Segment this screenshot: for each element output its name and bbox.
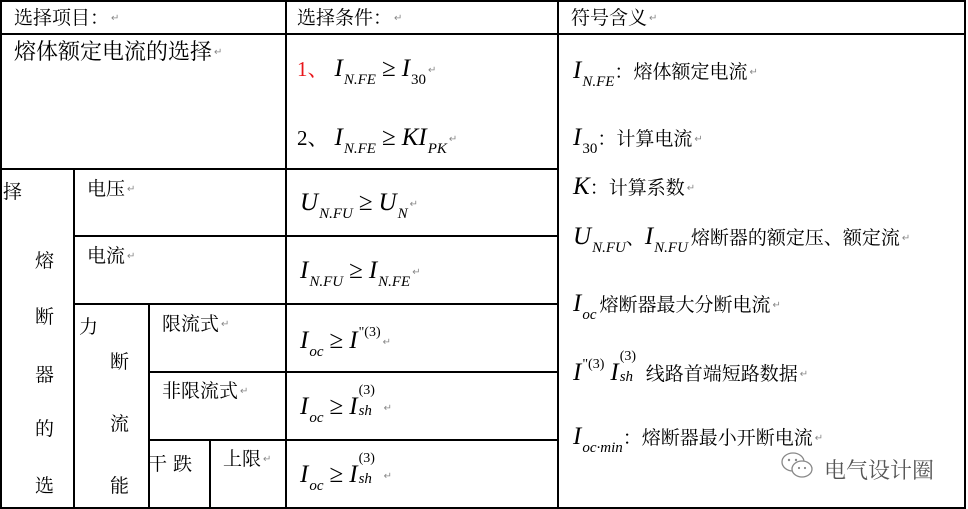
symbol: IN.FE	[573, 57, 614, 84]
breaking-label-top-char: 力	[79, 318, 98, 337]
formula-subscript: N	[398, 206, 408, 222]
condition-current-limiting: Ioc≥I"(3)↵	[300, 326, 391, 360]
item-fuse-rated-current: 熔体额定电流的选择↵	[14, 42, 222, 64]
paragraph-mark-icon: ↵	[800, 369, 808, 380]
formula-subscript: sh	[620, 370, 633, 385]
paragraph-mark-icon: ↵	[902, 233, 910, 244]
condition-voltage: UN.FU≥UN↵	[300, 190, 418, 222]
paragraph-mark-icon: ↵	[749, 67, 757, 78]
vertical-label-top-char: 择	[3, 183, 22, 202]
formula-symbol: I	[300, 393, 308, 420]
meaning-I-oc: Ioc熔断器最大分断电流↵	[573, 291, 781, 323]
table-border-right	[964, 0, 966, 509]
label-upper-limit: 上限↵	[223, 450, 271, 469]
col-divider-breaking	[148, 303, 150, 509]
formula-symbol: I	[610, 359, 618, 386]
row-label: 电压	[87, 178, 125, 200]
breaking-label-char: 流	[110, 415, 129, 434]
formula-symbol: U	[379, 189, 397, 216]
paragraph-mark-icon: ↵	[815, 433, 823, 444]
formula-symbol: I	[300, 461, 308, 488]
row-label: 限流式	[162, 313, 219, 335]
separator: 、	[626, 227, 645, 249]
formula-superscript: "(3)	[359, 325, 381, 340]
formula-symbol: I	[645, 223, 653, 250]
watermark: 电气设计圈	[780, 451, 934, 487]
formula-subscript: sh	[359, 404, 372, 419]
formula-superscript: (3)	[359, 384, 375, 398]
formula: UN.FU≥UN	[300, 189, 408, 216]
paragraph-mark-icon: ↵	[449, 134, 457, 145]
formula-supsub: (3)sh	[358, 466, 382, 486]
condition-index: 1、	[297, 57, 329, 81]
formula: IN.FU≥IN.FE	[300, 257, 410, 284]
formula-symbol: I	[300, 257, 308, 284]
formula-supsub: (3)sh	[358, 398, 382, 418]
formula-subscript: oc	[309, 478, 323, 494]
meaning-text: 熔断器最大分断电流	[600, 294, 771, 316]
symbol: I"(3)I(3)sh	[573, 359, 643, 386]
formula-symbol: KI	[402, 124, 427, 151]
row-divider-voltage	[73, 235, 558, 237]
label-voltage: 电压↵	[87, 180, 135, 199]
separator: ：	[623, 427, 642, 449]
formula-subscript: 30	[582, 141, 597, 157]
meaning-text: 计算系数	[609, 177, 685, 199]
formula-operator: ≥	[382, 55, 396, 82]
symbol: Ioc·min	[573, 423, 623, 450]
formula-subscript: N.FE	[582, 74, 614, 90]
formula-subscript: N.FU	[309, 274, 343, 290]
row-divider-current	[73, 303, 558, 305]
formula-symbol: I	[349, 461, 357, 488]
symbol: I30	[573, 124, 597, 151]
formula-symbol: I	[402, 55, 410, 82]
meaning-I-30: I30：计算电流↵	[573, 125, 703, 157]
symbol: Ioc	[573, 290, 597, 317]
separator: ：	[590, 177, 609, 199]
paragraph-mark-icon: ↵	[649, 13, 657, 24]
paragraph-mark-icon: ↵	[221, 319, 229, 330]
formula-subscript: N.FE	[344, 141, 376, 157]
formula: Ioc≥I(3)sh	[300, 393, 382, 420]
meaning-I-NFE: IN.FE：熔体额定电流↵	[573, 58, 758, 90]
label-current: 电流↵	[87, 247, 135, 266]
item-label: 熔体额定电流的选择	[14, 40, 212, 65]
formula-subscript: N.FU	[319, 206, 353, 222]
paragraph-mark-icon: ↵	[428, 65, 436, 76]
row-label: 非限流式	[162, 380, 238, 402]
paragraph-mark-icon: ↵	[687, 183, 695, 194]
table-border-left	[0, 0, 2, 509]
watermark-text: 电气设计圈	[824, 454, 934, 485]
formula-symbol: I	[573, 359, 581, 386]
formula-symbol: I	[349, 327, 357, 354]
header-label: 符号含义	[571, 7, 647, 29]
formula: Ioc≥I(3)sh	[300, 461, 382, 488]
breaking-label-char: 能	[110, 477, 129, 496]
formula-symbol: I	[573, 57, 581, 84]
header-label: 选择项目：	[14, 7, 109, 29]
row-divider-main	[0, 168, 558, 170]
formula-symbol: I	[300, 327, 308, 354]
formula-subscript: oc	[309, 410, 323, 426]
condition-2: 2、 IN.FE≥KIPK↵	[297, 125, 457, 157]
label-current-limiting: 限流式↵	[162, 315, 229, 334]
row-divider-limiting	[148, 371, 558, 373]
vertical-label-char: 的	[35, 420, 54, 439]
header-selection-item: 选择项目：↵	[14, 9, 119, 28]
formula-subscript: oc	[309, 344, 323, 360]
formula: IN.FE≥I30	[335, 55, 426, 82]
meaning-K: K：计算系数↵	[573, 174, 695, 199]
formula-subscript: oc·min	[582, 440, 622, 456]
formula-subscript: sh	[359, 472, 372, 487]
condition-index: 2、	[297, 126, 329, 150]
paragraph-mark-icon: ↵	[412, 267, 420, 278]
wechat-icon	[780, 451, 824, 487]
paragraph-mark-icon: ↵	[127, 251, 135, 262]
formula-superscript: "(3)	[582, 357, 604, 372]
meaning-text: 熔断器的额定压、额定流	[691, 227, 900, 249]
formula-subscript: 30	[411, 72, 426, 88]
col-divider-conditions	[285, 0, 287, 509]
condition-upper-limit: Ioc≥I(3)sh↵	[300, 462, 392, 494]
meaning-U-NFU-I-NFU: UN.FU、IN.FU熔断器的额定压、额定流↵	[573, 224, 910, 256]
meaning-text: 熔体额定电流	[633, 61, 747, 83]
table-border-top	[0, 0, 966, 2]
header-label: 选择条件：	[297, 7, 392, 29]
header-symbol-meaning: 符号含义↵	[571, 9, 657, 28]
formula-operator: ≥	[359, 189, 373, 216]
row-label: 电流	[87, 245, 125, 267]
paragraph-mark-icon: ↵	[240, 386, 248, 397]
separator: ：	[614, 61, 633, 83]
paragraph-mark-icon: ↵	[410, 199, 418, 210]
formula-symbol: I	[573, 423, 581, 450]
formula-superscript: (3)	[620, 350, 636, 364]
condition-non-current-limiting: Ioc≥I(3)sh↵	[300, 394, 392, 426]
formula-operator: ≥	[330, 327, 344, 354]
col-divider-vertical-label	[73, 168, 75, 509]
condition-current: IN.FU≥IN.FE↵	[300, 258, 421, 290]
partial-label-drop-out: 干 跌	[148, 455, 208, 474]
meaning-text: 计算电流	[616, 128, 692, 150]
formula-symbol: U	[573, 223, 591, 250]
vertical-label-char: 熔	[35, 252, 54, 271]
paragraph-mark-icon: ↵	[263, 454, 271, 465]
formula-symbol: I	[335, 124, 343, 151]
formula-symbol: K	[573, 173, 590, 200]
formula-symbol: I	[335, 55, 343, 82]
formula-symbol: I	[573, 124, 581, 151]
formula-subscript: oc	[582, 307, 596, 323]
paragraph-mark-icon: ↵	[773, 300, 781, 311]
meaning-text: 熔断器最小开断电流	[642, 427, 813, 449]
col-divider-upper	[209, 439, 211, 509]
row-label: 上限	[223, 448, 261, 470]
symbol: UN.FU	[573, 223, 626, 250]
formula: Ioc≥I"(3)	[300, 327, 381, 354]
paragraph-mark-icon: ↵	[383, 337, 391, 348]
formula: IN.FE≥KIPK	[335, 124, 447, 151]
paragraph-mark-icon: ↵	[694, 134, 702, 145]
formula-supsub: (3)sh	[619, 364, 643, 384]
paragraph-mark-icon: ↵	[214, 47, 222, 58]
formula-symbol: I	[573, 290, 581, 317]
vertical-label-char: 断	[35, 308, 54, 327]
formula-subscript: N.FU	[592, 240, 626, 256]
formula-subscript: PK	[428, 141, 447, 157]
paragraph-mark-icon: ↵	[384, 471, 392, 482]
formula-subscript: N.FE	[378, 274, 410, 290]
formula-subscript: N.FU	[654, 240, 688, 256]
symbol: K	[573, 173, 590, 200]
formula-operator: ≥	[349, 257, 363, 284]
formula-symbol: I	[369, 257, 377, 284]
formula-subscript: N.FE	[344, 72, 376, 88]
formula-symbol: I	[349, 393, 357, 420]
paragraph-mark-icon: ↵	[384, 403, 392, 414]
formula-operator: ≥	[330, 461, 344, 488]
formula-operator: ≥	[382, 124, 396, 151]
formula-symbol: U	[300, 189, 318, 216]
paragraph-mark-icon: ↵	[394, 13, 402, 24]
header-selection-condition: 选择条件：↵	[297, 9, 402, 28]
formula-operator: ≥	[330, 393, 344, 420]
paragraph-mark-icon: ↵	[111, 13, 119, 24]
separator: ：	[597, 128, 616, 150]
label-non-current-limiting: 非限流式↵	[162, 382, 248, 401]
condition-1: 1、 IN.FE≥I30↵	[297, 56, 436, 88]
meaning-text: 线路首端短路数据	[646, 363, 798, 385]
paragraph-mark-icon: ↵	[127, 184, 135, 195]
vertical-label-char: 器	[35, 366, 54, 385]
header-divider	[0, 33, 966, 35]
vertical-label-char: 选	[35, 477, 54, 496]
symbol: IN.FU	[645, 223, 688, 250]
col-divider-symbols	[557, 0, 559, 509]
meaning-short-circuit: I"(3)I(3)sh线路首端短路数据↵	[573, 358, 808, 385]
formula-superscript: (3)	[359, 452, 375, 466]
breaking-label-char: 断	[110, 353, 129, 372]
